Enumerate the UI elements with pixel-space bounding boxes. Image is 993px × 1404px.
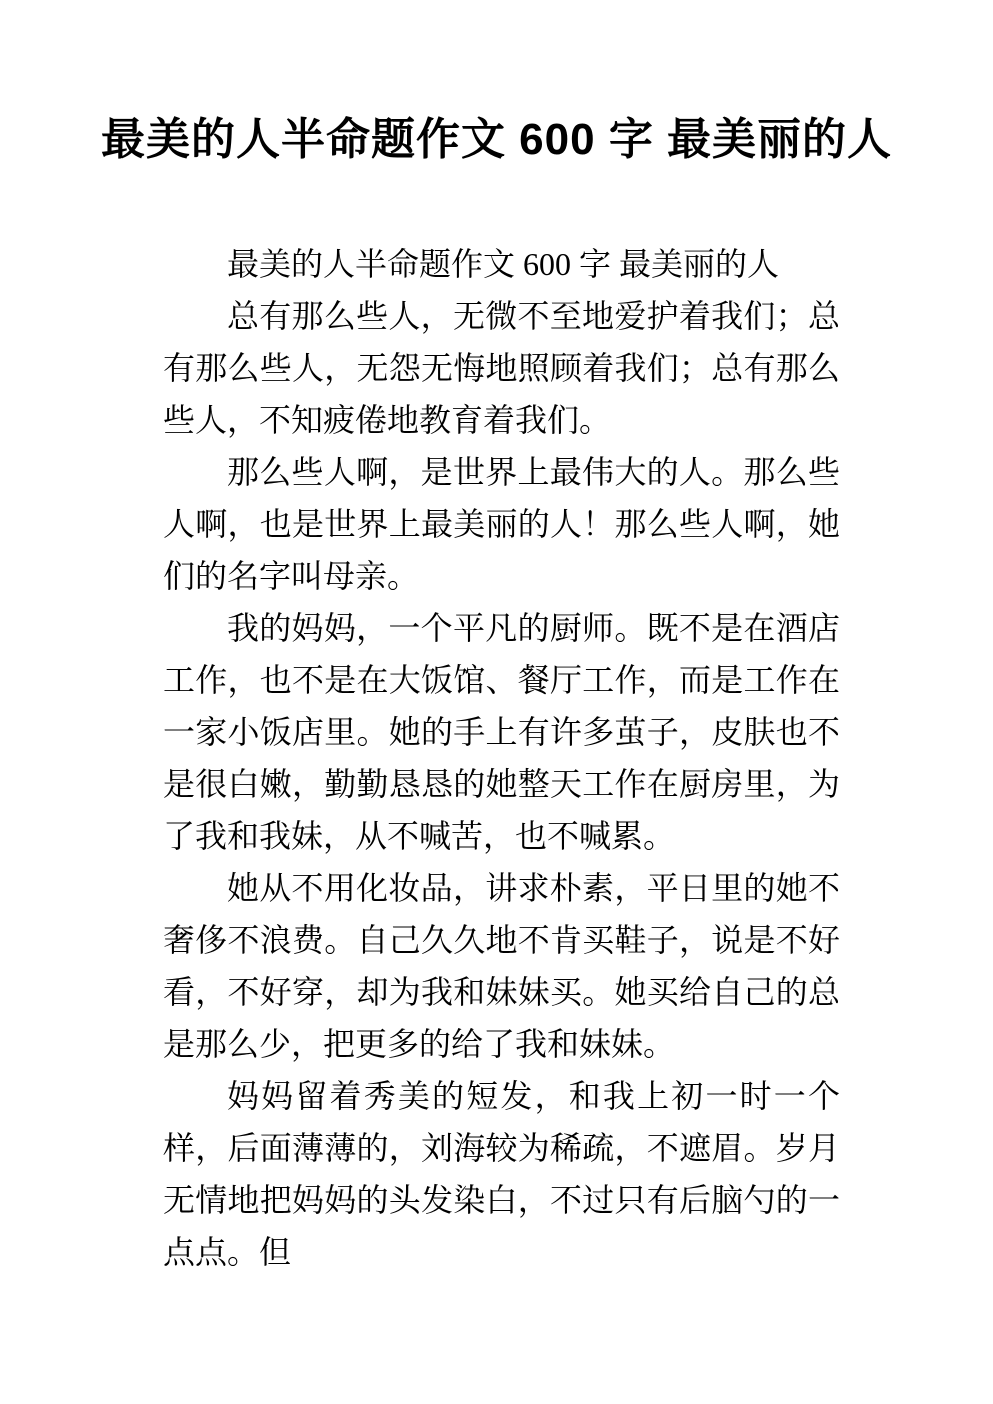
paragraph-title-line: 最美的人半命题作文 600 字 最美丽的人 bbox=[163, 238, 840, 290]
paragraph-1: 总有那么些人，无微不至地爱护着我们；总有那么些人，无怨无悔地照顾着我们；总有那么… bbox=[163, 290, 840, 446]
paragraph-5: 妈妈留着秀美的短发，和我上初一时一个样，后面薄薄的，刘海较为稀疏，不遮眉。岁月无… bbox=[163, 1070, 840, 1278]
essay-page: 最美的人半命题作文 600 字 最美丽的人 最美的人半命题作文 600 字 最美… bbox=[0, 0, 993, 1404]
paragraph-4: 她从不用化妆品，讲求朴素，平日里的她不奢侈不浪费。自己久久地不肯买鞋子，说是不好… bbox=[163, 862, 840, 1070]
paragraph-3: 我的妈妈，一个平凡的厨师。既不是在酒店工作，也不是在大饭馆、餐厅工作，而是工作在… bbox=[163, 602, 840, 862]
paragraph-2: 那么些人啊，是世界上最伟大的人。那么些人啊，也是世界上最美丽的人！那么些人啊，她… bbox=[163, 446, 840, 602]
essay-body: 最美的人半命题作文 600 字 最美丽的人 总有那么些人，无微不至地爱护着我们；… bbox=[163, 238, 840, 1278]
page-title: 最美的人半命题作文 600 字 最美丽的人 bbox=[80, 0, 913, 168]
